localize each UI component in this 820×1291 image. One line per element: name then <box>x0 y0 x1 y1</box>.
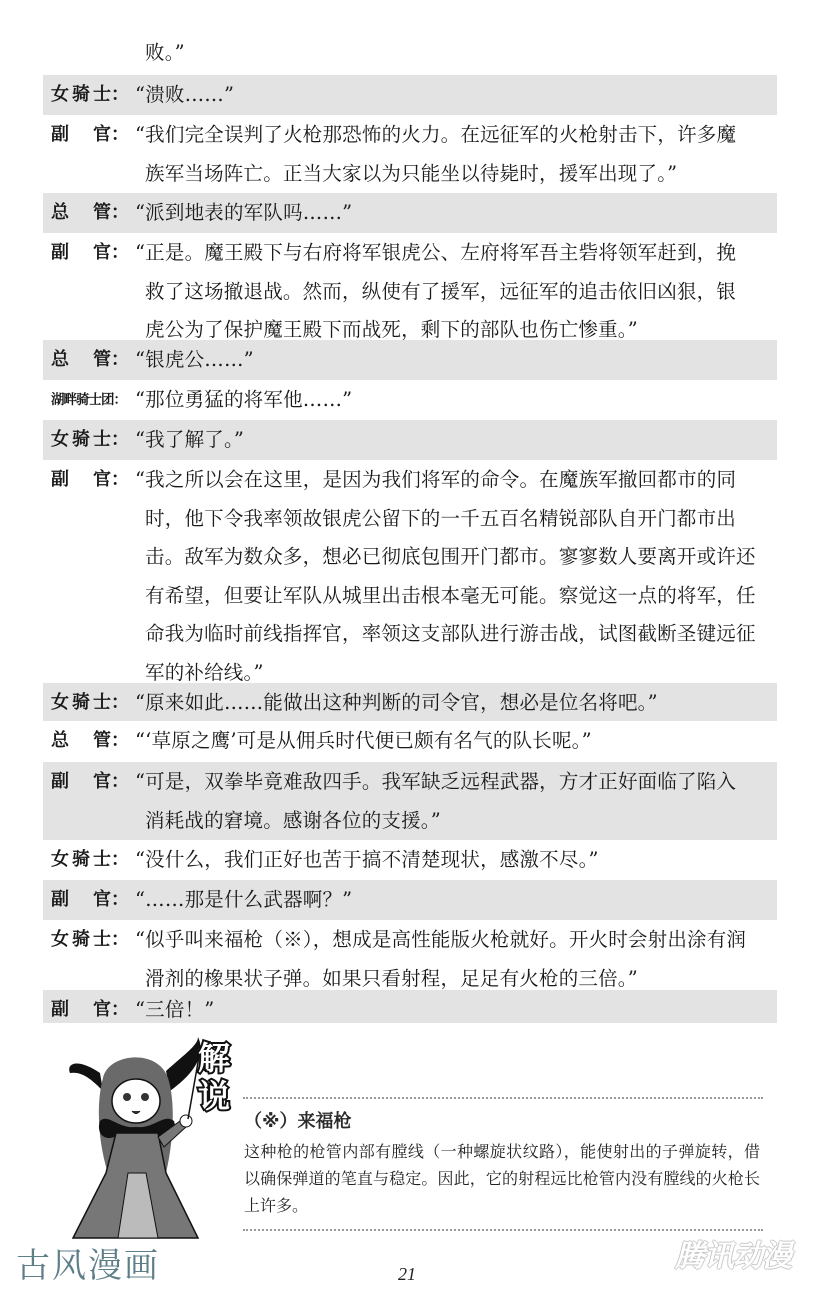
note-title: （※）来福枪 <box>244 1107 352 1133</box>
dialogue-text: “可是，双拳毕竟难敌四手。我军缺乏远程武器，方才正好面临了陷入消耗战的窘境。感谢… <box>135 763 777 840</box>
svg-text:解: 解 <box>198 1039 230 1077</box>
speaker-char: 管： <box>93 194 129 232</box>
dialogue-row: 副官：“我们完全误判了火枪那恐怖的火力。在远征军的火枪射击下，许多魔族军当场阵亡… <box>43 115 777 193</box>
dialogue-row: 女骑士：“溃败……” <box>43 75 777 115</box>
dialogue-line: “三倍！” <box>135 991 771 1030</box>
dialogue-text: “银虎公……” <box>135 341 777 380</box>
dialogue-row: 总管：“派到地表的军队吗……” <box>43 193 777 233</box>
speaker-label <box>43 34 135 72</box>
dialogue-line: 击。敌军为数众多，想必已彻底包围开门都市。寥寥数人要离开或许还 <box>135 538 771 577</box>
speaker-char: 官： <box>93 461 129 499</box>
dialogue-text: “……那是什么武器啊？” <box>135 881 777 920</box>
speaker-char: 骑 <box>72 76 90 114</box>
speaker-char: 副 <box>51 234 69 272</box>
dialogue-line: “似乎叫来福枪（※），想成是高性能版火枪就好。开火时会射出涂有润 <box>135 921 771 960</box>
dotted-divider-top <box>243 1097 763 1099</box>
speaker-label: 女骑士： <box>43 684 135 722</box>
speaker-char: 士： <box>93 841 129 879</box>
mascot-illustration-icon <box>48 1033 218 1245</box>
dialogue-line: “银虎公……” <box>135 341 771 380</box>
dialogue-row: 女骑士：“没什么，我们正好也苦于搞不清楚现状，感激不尽。” <box>43 840 777 880</box>
speaker-char: 骑 <box>72 421 90 459</box>
speaker-char: 官： <box>93 234 129 272</box>
speaker-char: 副 <box>51 881 69 919</box>
dialogue-line: 族军当场阵亡。正当大家以为只能坐以待毙时，援军出现了。” <box>135 155 771 194</box>
dialogue-row: 副官：“我之所以会在这里，是因为我们将军的命令。在魔族军撤回都市的同时，他下令我… <box>43 460 777 683</box>
speaker-char: 管： <box>93 722 129 760</box>
dialogue-line: 命我为临时前线指挥官，率领这支部队进行游击战，试图截断圣键远征 <box>135 615 771 654</box>
dialogue-line: 败。” <box>135 34 771 73</box>
speaker-label: 副官： <box>43 991 135 1029</box>
speaker-char: 士： <box>93 76 129 114</box>
speaker-char: 官： <box>93 991 129 1029</box>
speaker-label: 女骑士： <box>43 421 135 459</box>
dialogue-line: “没什么，我们正好也苦于搞不清楚现状，感激不尽。” <box>135 841 771 880</box>
dialogue-row: 湖畔骑士团：“那位勇猛的将军他……” <box>43 380 777 420</box>
speaker-char: 官： <box>93 116 129 154</box>
speaker-label: 女骑士： <box>43 921 135 959</box>
speaker-char: 湖畔骑士团： <box>51 381 126 419</box>
dialogue-line: “原来如此……能做出这种判断的司令官，想必是位名将吧。” <box>135 684 771 723</box>
speaker-label: 总管： <box>43 194 135 232</box>
speaker-label: 湖畔骑士团： <box>43 381 135 419</box>
site-logo: 古风漫画 <box>16 1238 160 1287</box>
dialogue-line: “我们完全误判了火枪那恐怖的火力。在远征军的火枪射击下，许多魔 <box>135 116 771 155</box>
dialogue-line: “那位勇猛的将军他……” <box>135 381 771 420</box>
speaker-label: 总管： <box>43 341 135 379</box>
speaker-char: 女 <box>51 921 69 959</box>
speaker-char: 管： <box>93 341 129 379</box>
watermark-logo: 腾讯动漫 <box>675 1231 791 1275</box>
speaker-char: 士： <box>93 921 129 959</box>
speaker-label: 副官： <box>43 116 135 154</box>
speaker-label: 副官： <box>43 763 135 801</box>
speaker-char: 女 <box>51 841 69 879</box>
dialogue-line: 救了这场撤退战。然而，纵使有了援军，远征军的追击依旧凶狠，银 <box>135 273 771 312</box>
speaker-char: 官： <box>93 881 129 919</box>
dialogue-line: 有希望，但要让军队从城里出击根本毫无可能。察觉这一点的将军，任 <box>135 577 771 616</box>
dialogue-text: “没什么，我们正好也苦于搞不清楚现状，感激不尽。” <box>135 841 777 880</box>
speaker-char: 骑 <box>72 841 90 879</box>
dialogue-text: “那位勇猛的将军他……” <box>135 381 777 420</box>
dialogue-text: “正是。魔王殿下与右府将军银虎公、左府将军吾主砦将领军赶到，挽救了这场撤退战。然… <box>135 234 777 350</box>
speaker-char: 总 <box>51 341 69 379</box>
speaker-char: 骑 <box>72 684 90 722</box>
speaker-label: 女骑士： <box>43 76 135 114</box>
dialogue-text: “我们完全误判了火枪那恐怖的火力。在远征军的火枪射击下，许多魔族军当场阵亡。正当… <box>135 116 777 193</box>
dialogue-row: 副官：“三倍！” <box>43 990 777 1023</box>
dialogue-text: “似乎叫来福枪（※），想成是高性能版火枪就好。开火时会射出涂有润滑剂的橡果状子弹… <box>135 921 777 998</box>
dialogue-row: 女骑士：“原来如此……能做出这种判断的司令官，想必是位名将吧。” <box>43 683 777 721</box>
speaker-char: 官： <box>93 763 129 801</box>
commentary-badge-icon: 解 说 <box>194 1035 234 1113</box>
dialogue-line: “我了解了。” <box>135 421 771 460</box>
speaker-char: 总 <box>51 722 69 760</box>
speaker-char: 副 <box>51 116 69 154</box>
speaker-char: 副 <box>51 461 69 499</box>
speaker-char: 骑 <box>72 921 90 959</box>
dialogue-text: “我之所以会在这里，是因为我们将军的命令。在魔族军撤回都市的同时，他下令我率领故… <box>135 461 777 692</box>
note-body: 这种枪的枪管内部有膛线（一种螺旋状纹路），能使射出的子弹旋转，借以确保弹道的笔直… <box>244 1138 760 1219</box>
dialogue-row: 总管：“‘草原之鹰’可是从佣兵时代便已颇有名气的队长呢。” <box>43 721 777 762</box>
speaker-label: 总管： <box>43 722 135 760</box>
dialogue-row: 总管：“银虎公……” <box>43 340 777 380</box>
speaker-label: 副官： <box>43 461 135 499</box>
dialogue-text: “我了解了。” <box>135 421 777 460</box>
dialogue-line: “派到地表的军队吗……” <box>135 194 771 233</box>
speaker-char: 副 <box>51 763 69 801</box>
dialogue-row: 败。” <box>43 28 777 75</box>
dialogue-text: “派到地表的军队吗……” <box>135 194 777 233</box>
dialogue-row: 女骑士：“似乎叫来福枪（※），想成是高性能版火枪就好。开火时会射出涂有润滑剂的橡… <box>43 920 777 990</box>
dialogue-line: “可是，双拳毕竟难敌四手。我军缺乏远程武器，方才正好面临了陷入 <box>135 763 771 802</box>
speaker-char: 女 <box>51 684 69 722</box>
dialogue-line: “‘草原之鹰’可是从佣兵时代便已颇有名气的队长呢。” <box>135 722 771 761</box>
speaker-char: 士： <box>93 684 129 722</box>
dialogue-row: 副官：“正是。魔王殿下与右府将军银虎公、左府将军吾主砦将领军赶到，挽救了这场撤退… <box>43 233 777 340</box>
dialogue-line: “正是。魔王殿下与右府将军银虎公、左府将军吾主砦将领军赶到，挽 <box>135 234 771 273</box>
dialogue-line: “我之所以会在这里，是因为我们将军的命令。在魔族军撤回都市的同 <box>135 461 771 500</box>
speaker-char: 女 <box>51 76 69 114</box>
dialogue-row: 女骑士：“我了解了。” <box>43 420 777 460</box>
speaker-label: 女骑士： <box>43 841 135 879</box>
dialogue-text: “三倍！” <box>135 991 777 1030</box>
speaker-label: 副官： <box>43 881 135 919</box>
speaker-char: 士： <box>93 421 129 459</box>
dialogue-line: 消耗战的窘境。感谢各位的支援。” <box>135 802 771 841</box>
svg-text:说: 说 <box>198 1077 230 1113</box>
dialogue-row: 副官：“……那是什么武器啊？” <box>43 880 777 920</box>
dialogue-line: “……那是什么武器啊？” <box>135 881 771 920</box>
speaker-char: 总 <box>51 194 69 232</box>
dialogue-line: 时，他下令我率领故银虎公留下的一千五百名精锐部队自开门都市出 <box>135 500 771 539</box>
speaker-label: 副官： <box>43 234 135 272</box>
dialogue-text: “溃败……” <box>135 76 777 115</box>
dialogue-text: 败。” <box>135 34 777 73</box>
dialogue-line: “溃败……” <box>135 76 771 115</box>
speaker-char: 女 <box>51 421 69 459</box>
dialogue-text: “‘草原之鹰’可是从佣兵时代便已颇有名气的队长呢。” <box>135 722 777 761</box>
page-number: 21 <box>398 1264 416 1285</box>
dialogue-text: “原来如此……能做出这种判断的司令官，想必是位名将吧。” <box>135 684 777 723</box>
dialogue-row: 副官：“可是，双拳毕竟难敌四手。我军缺乏远程武器，方才正好面临了陷入消耗战的窘境… <box>43 762 777 840</box>
speaker-char: 副 <box>51 991 69 1029</box>
